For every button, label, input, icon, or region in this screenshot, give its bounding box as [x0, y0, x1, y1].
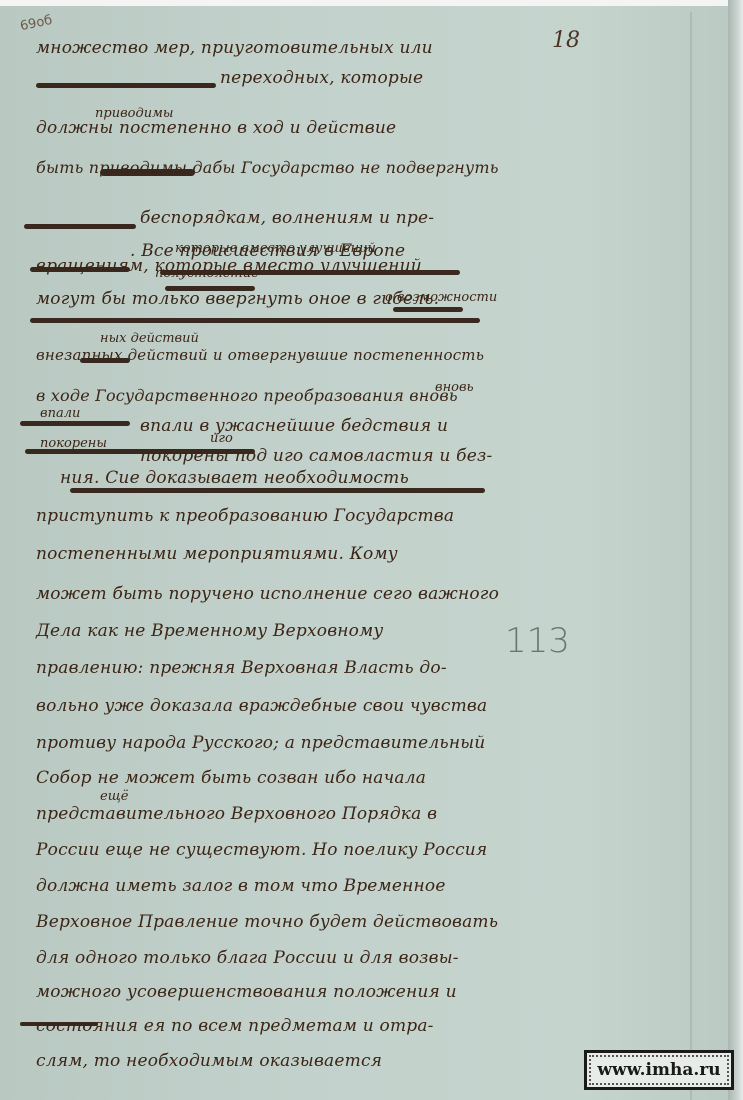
text-line: Дела как не Временному Верховному [36, 621, 383, 641]
text-line: внезапных действий и отвергнувшие постеп… [36, 346, 484, 364]
text-line: впали в ужаснейшие бедствия и [140, 416, 448, 436]
strikethrough [36, 83, 216, 88]
text-line: переходных, которые [220, 68, 423, 88]
strikethrough [24, 224, 136, 229]
text-line: множество мер, приуготовительных или [36, 38, 433, 58]
page-edge [728, 0, 743, 1100]
text-line: ния. Сие доказывает необходимость [60, 468, 409, 488]
folio-mark: 69об [19, 13, 54, 34]
insertion: покорены [40, 436, 107, 451]
insertion: ещё [100, 789, 128, 804]
text-line: покорены под иго самовластия и без- [140, 446, 492, 466]
text-line: можного усовершенствования положения и [36, 982, 457, 1002]
strikethrough [70, 488, 485, 493]
text-line: в ходе Государственного преобразования в… [36, 386, 458, 405]
paper-fold [690, 12, 692, 1100]
strikethrough [30, 318, 480, 323]
text-line: быть приводимы дабы Государство не подве… [36, 158, 499, 177]
text-line: должна иметь залог в том что Временное [36, 876, 446, 896]
insertion: впали [40, 406, 80, 421]
text-line: Верховное Правление точно будет действов… [36, 912, 498, 932]
text-line: Собор не может быть созван ибо начала [36, 768, 426, 788]
text-line: приступить к преобразованию Государства [36, 506, 454, 526]
text-line: должны постепенно в ход и действие [36, 118, 396, 138]
strikethrough [20, 421, 130, 426]
text-line: России еще не существуют. Но поелику Рос… [36, 840, 487, 860]
page-number: 18 [552, 28, 580, 53]
text-line: состояния ея по всем предметам и отра- [36, 1016, 434, 1036]
text-line: могут бы только ввергнуть оное в гибель. [36, 289, 439, 309]
text-line: представительного Верховного Порядка в [36, 804, 437, 824]
text-line: постепенными мероприятиями. Кому [36, 544, 398, 564]
manuscript-page: 69об 18 приводимы которые вместо улучшен… [0, 6, 728, 1100]
insertion: ных действий [100, 331, 199, 346]
margin-pencil-mark: 113 [505, 621, 570, 661]
text-line: . Все происшествия в Европе [130, 241, 405, 261]
text-line: вольно уже доказала враждебные свои чувс… [36, 696, 487, 716]
text-line: противу народа Русского; а представитель… [36, 733, 485, 753]
text-line: беспорядкам, волнениям и пре- [140, 208, 434, 228]
text-line: правлению: прежняя Верховная Власть до- [36, 658, 447, 678]
text-line: для одного только блага России и для воз… [36, 948, 459, 968]
watermark-stamp: www.imha.ru [584, 1050, 734, 1090]
text-line: может быть поручено исполнение сего важн… [36, 584, 499, 604]
text-line: слям, то необходимым оказывается [36, 1051, 382, 1071]
